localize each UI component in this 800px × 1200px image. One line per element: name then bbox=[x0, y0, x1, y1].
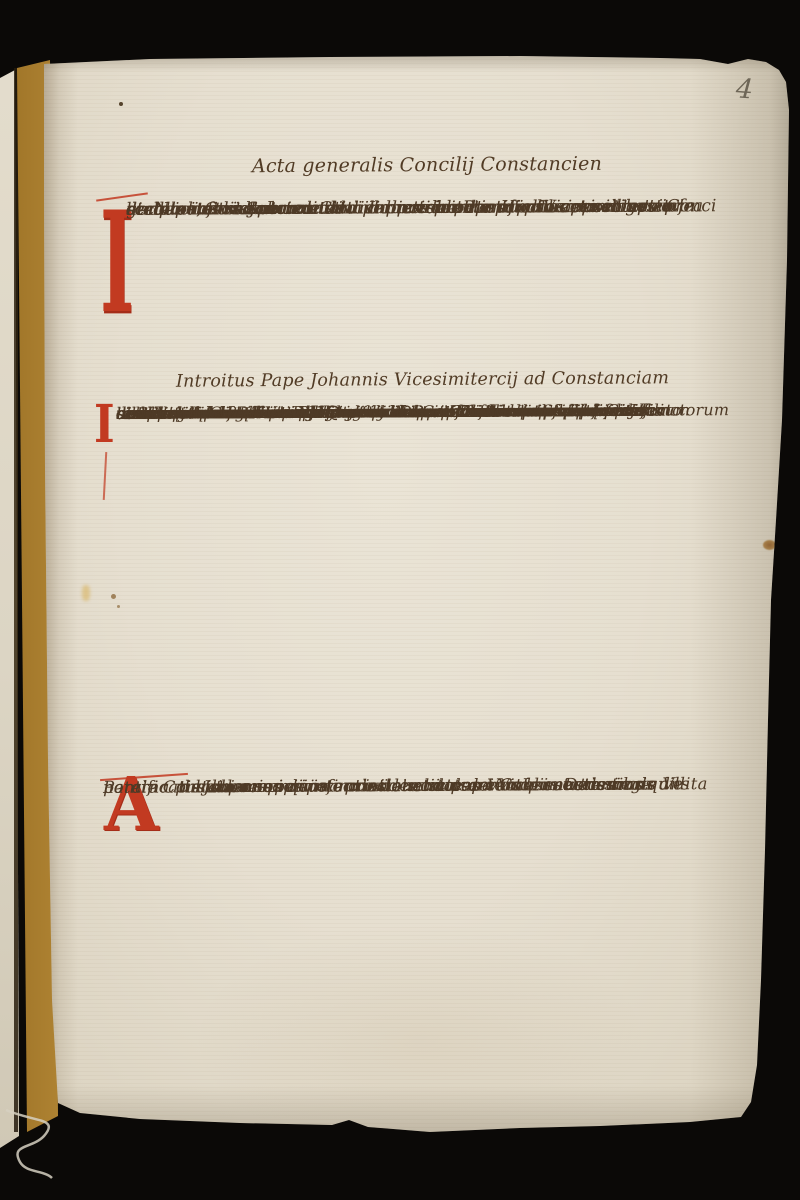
manuscript-photo: 4 Acta generalis Concilij Constancien I … bbox=[0, 0, 800, 1200]
brown-stain bbox=[763, 540, 776, 550]
folio-number: 4 bbox=[735, 73, 754, 105]
rubricated-initial-i: I bbox=[94, 399, 115, 451]
parchment-page: 4 Acta generalis Concilij Constancien I … bbox=[0, 0, 800, 1200]
section-rubric: Introitus Pape Johannis Vicesimitercij a… bbox=[176, 368, 669, 391]
gutter-shadow-line bbox=[14, 68, 18, 1132]
ink-speck bbox=[119, 102, 123, 106]
initial-tail bbox=[103, 452, 108, 500]
page-heading: Acta generalis Concilij Constancien bbox=[252, 153, 602, 177]
manuscript-line: nerale Concilium super reformacione stat… bbox=[103, 773, 708, 777]
top-edge-shading bbox=[44, 56, 790, 72]
foxing-spot bbox=[111, 594, 116, 599]
foxing-spot bbox=[117, 605, 120, 608]
paragraph-introitus: n nomine domini nostri ihu xpi Anno a Na… bbox=[116, 400, 729, 404]
right-edge-shading bbox=[690, 56, 790, 1136]
paragraph-prologue: N nomine sancte et individue trinitatis … bbox=[126, 195, 717, 199]
margin-smudge bbox=[82, 585, 90, 601]
paragraph-ad-laudem: d laudem omnipotentis dei et incrementum… bbox=[103, 773, 708, 777]
water-stain bbox=[190, 920, 650, 1160]
binding-thread bbox=[0, 1096, 80, 1186]
